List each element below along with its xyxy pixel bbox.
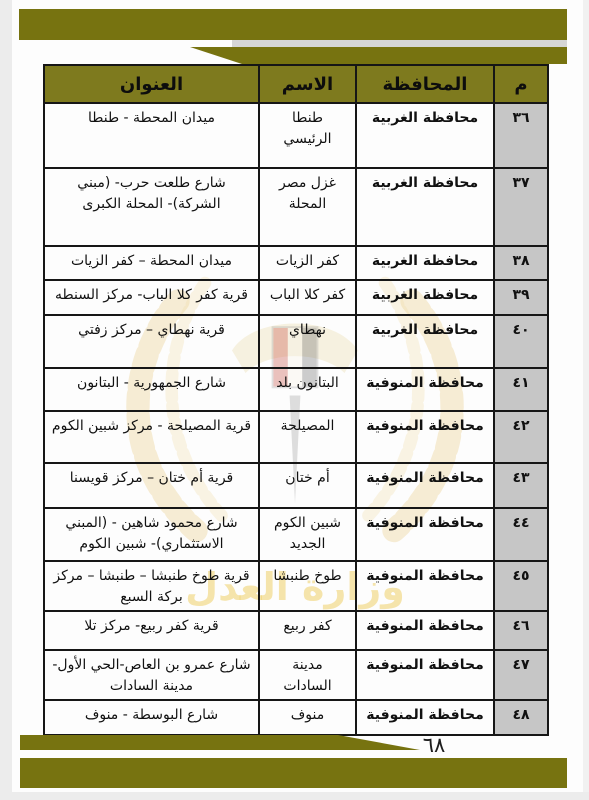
address-cell: ميدان المحطة - طنطا: [44, 103, 259, 168]
name-cell: المصيلحة: [259, 411, 356, 463]
table-row: ٤١محافظة المنوفيةالبتانون بلدشارع الجمهو…: [44, 368, 548, 411]
serial-cell: ٣٨: [494, 246, 548, 280]
address-cell: قرية أم ختان – مركز قويسنا: [44, 463, 259, 508]
serial-cell: ٤٤: [494, 508, 548, 561]
name-cell: مدينة السادات: [259, 650, 356, 700]
serial-cell: ٣٩: [494, 280, 548, 315]
serial-cell: ٤٦: [494, 611, 548, 650]
serial-cell: ٤٨: [494, 700, 548, 735]
serial-cell: ٤٥: [494, 561, 548, 611]
name-cell: كفر ربيع: [259, 611, 356, 650]
table-row: ٣٧محافظة الغربيةغزل مصر المحلةشارع طلعت …: [44, 168, 548, 246]
name-cell: كفر الزيات: [259, 246, 356, 280]
bottom-decoration-tapered-bar: [20, 735, 420, 750]
table-row: ٣٩محافظة الغربيةكفر كلا البابقرية كفر كل…: [44, 280, 548, 315]
name-cell: نهطاي: [259, 315, 356, 368]
name-cell: طنطا الرئيسي: [259, 103, 356, 168]
serial-cell: ٣٧: [494, 168, 548, 246]
name-cell: كفر كلا الباب: [259, 280, 356, 315]
document-page: وزارة العدل م المحافظة الاسم العنوان ٣٦م…: [0, 0, 589, 800]
serial-cell: ٤٢: [494, 411, 548, 463]
address-cell: قرية كفر ربيع- مركز تلا: [44, 611, 259, 650]
offices-table: م المحافظة الاسم العنوان ٣٦محافظة الغربي…: [43, 64, 549, 736]
serial-cell: ٣٦: [494, 103, 548, 168]
governorate-cell: محافظة الغربية: [356, 280, 494, 315]
scan-edge-bottom: [0, 792, 589, 800]
header-address: العنوان: [44, 65, 259, 103]
table-row: ٤٣محافظة المنوفيةأم ختانقرية أم ختان – م…: [44, 463, 548, 508]
name-cell: طوخ طنبشا: [259, 561, 356, 611]
governorate-cell: محافظة المنوفية: [356, 463, 494, 508]
table-row: ٤٧محافظة المنوفيةمدينة الساداتشارع عمرو …: [44, 650, 548, 700]
top-decoration-strip: [232, 40, 567, 48]
address-cell: قرية المصيلحة - مركز شبين الكوم: [44, 411, 259, 463]
table-row: ٤٦محافظة المنوفيةكفر ربيعقرية كفر ربيع- …: [44, 611, 548, 650]
scan-edge-left: [0, 0, 12, 800]
header-governorate: المحافظة: [356, 65, 494, 103]
page-number: ٦٨: [414, 733, 454, 757]
address-cell: شارع طلعت حرب- (مبني الشركة)- المحلة الك…: [44, 168, 259, 246]
table-row: ٤٤محافظة المنوفيةشبين الكوم الجديدشارع م…: [44, 508, 548, 561]
serial-cell: ٤٧: [494, 650, 548, 700]
governorate-cell: محافظة المنوفية: [356, 411, 494, 463]
governorate-cell: محافظة الغربية: [356, 315, 494, 368]
name-cell: شبين الكوم الجديد: [259, 508, 356, 561]
address-cell: ميدان المحطة – كفر الزيات: [44, 246, 259, 280]
governorate-cell: محافظة الغربية: [356, 103, 494, 168]
governorate-cell: محافظة المنوفية: [356, 368, 494, 411]
name-cell: منوف: [259, 700, 356, 735]
header-name: الاسم: [259, 65, 356, 103]
serial-cell: ٤٠: [494, 315, 548, 368]
governorate-cell: محافظة المنوفية: [356, 561, 494, 611]
top-decoration-bar: [19, 9, 567, 40]
table-row: ٤٥محافظة المنوفيةطوخ طنبشاقرية طوخ طنبشا…: [44, 561, 548, 611]
address-cell: شارع عمرو بن العاص-الحي الأول-مدينة السا…: [44, 650, 259, 700]
governorate-cell: محافظة المنوفية: [356, 508, 494, 561]
table-row: ٤٨محافظة المنوفيةمنوفشارع البوسطة - منوف: [44, 700, 548, 735]
table-row: ٣٦محافظة الغربيةطنطا الرئيسيميدان المحطة…: [44, 103, 548, 168]
records-tbody: ٣٦محافظة الغربيةطنطا الرئيسيميدان المحطة…: [44, 103, 548, 735]
name-cell: غزل مصر المحلة: [259, 168, 356, 246]
address-cell: قرية كفر كلا الباب- مركز السنطه: [44, 280, 259, 315]
bottom-decoration-bar: [20, 758, 567, 788]
address-cell: شارع البوسطة - منوف: [44, 700, 259, 735]
header-row: م المحافظة الاسم العنوان: [44, 65, 548, 103]
governorate-cell: محافظة المنوفية: [356, 700, 494, 735]
serial-cell: ٤٣: [494, 463, 548, 508]
scan-edge-right: [583, 0, 589, 800]
address-cell: قرية طوخ طنبشا – طنبشا – مركز بركة السبع: [44, 561, 259, 611]
governorate-cell: محافظة الغربية: [356, 168, 494, 246]
serial-cell: ٤١: [494, 368, 548, 411]
address-cell: شارع الجمهورية - البتانون: [44, 368, 259, 411]
table-row: ٤٢محافظة المنوفيةالمصيلحةقرية المصيلحة -…: [44, 411, 548, 463]
governorate-cell: محافظة المنوفية: [356, 650, 494, 700]
address-cell: شارع محمود شاهين - (المبني الاستثماري)- …: [44, 508, 259, 561]
governorate-cell: محافظة الغربية: [356, 246, 494, 280]
address-cell: قرية نهطاي – مركز زفتي: [44, 315, 259, 368]
table-row: ٤٠محافظة الغربيةنهطايقرية نهطاي – مركز ز…: [44, 315, 548, 368]
name-cell: البتانون بلد: [259, 368, 356, 411]
header-serial: م: [494, 65, 548, 103]
table-row: ٣٨محافظة الغربيةكفر الزياتميدان المحطة –…: [44, 246, 548, 280]
governorate-cell: محافظة المنوفية: [356, 611, 494, 650]
top-decoration-tapered-bar: [190, 47, 567, 64]
name-cell: أم ختان: [259, 463, 356, 508]
